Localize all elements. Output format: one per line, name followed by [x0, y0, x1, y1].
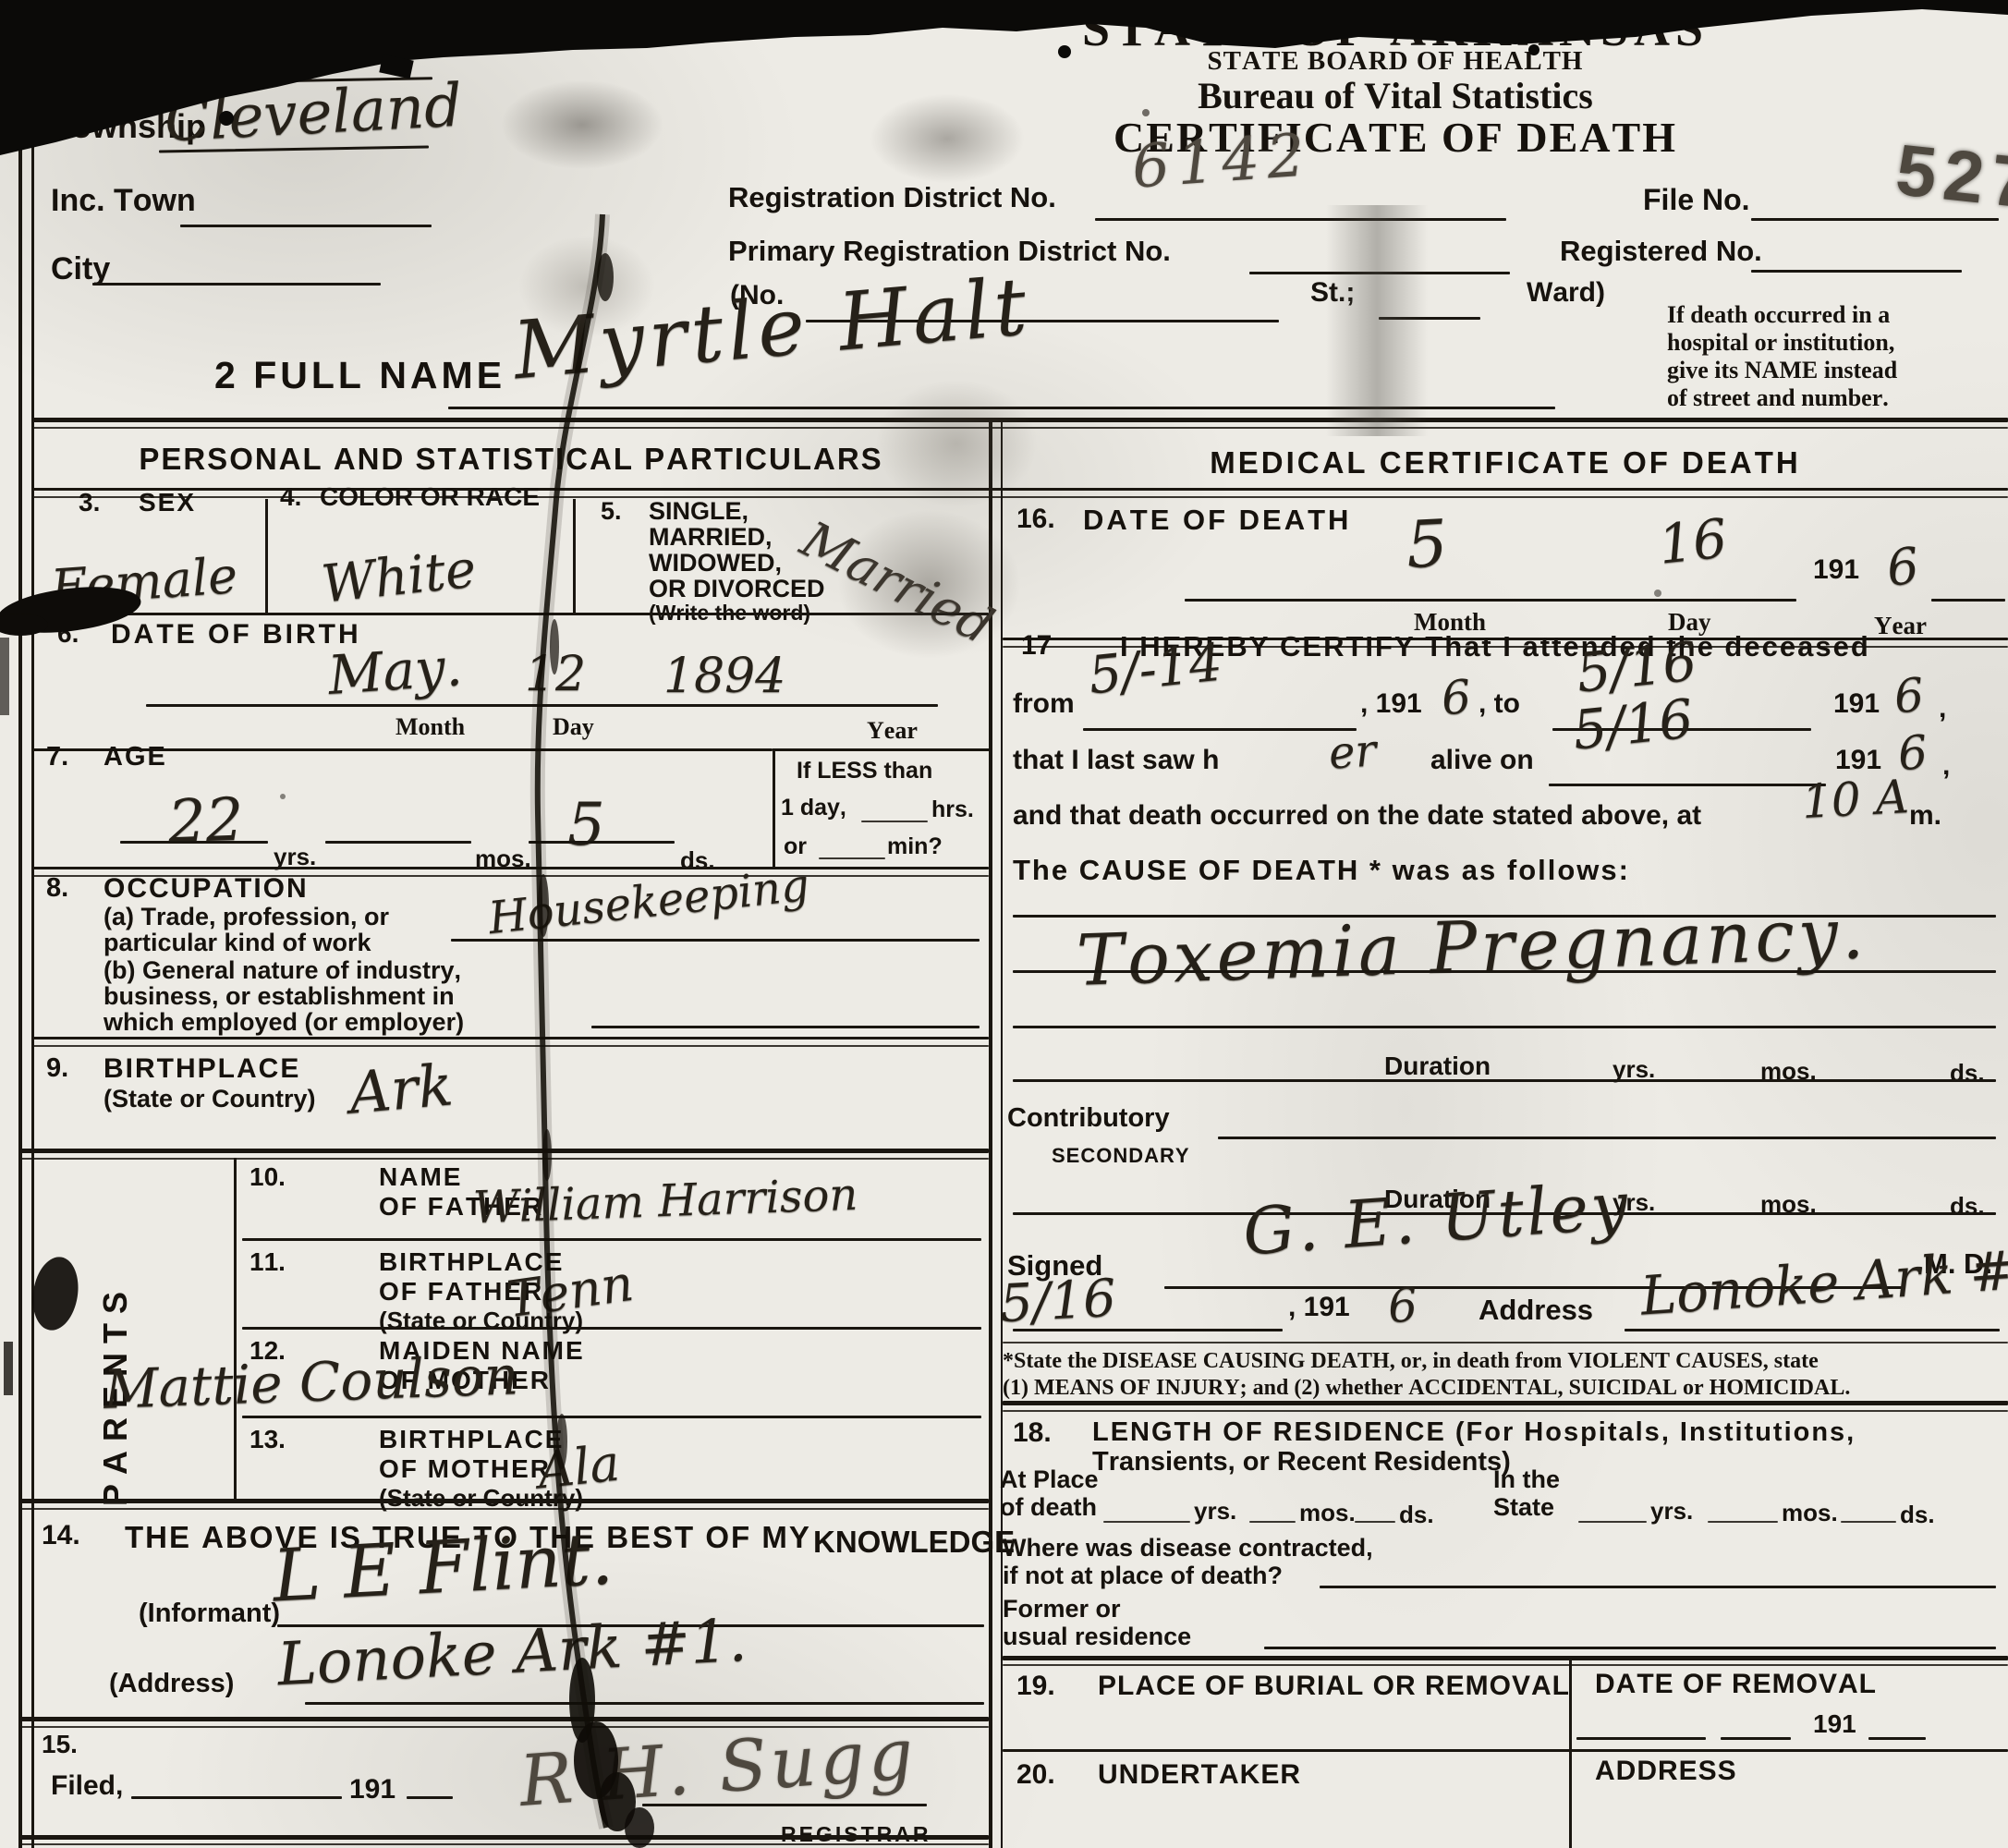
- death-certificate-scan: County Lonoke Township Cleveland Inc. To…: [0, 0, 2008, 1848]
- paper-tear: [0, 0, 2008, 1848]
- scan-top-edge: [0, 0, 2008, 166]
